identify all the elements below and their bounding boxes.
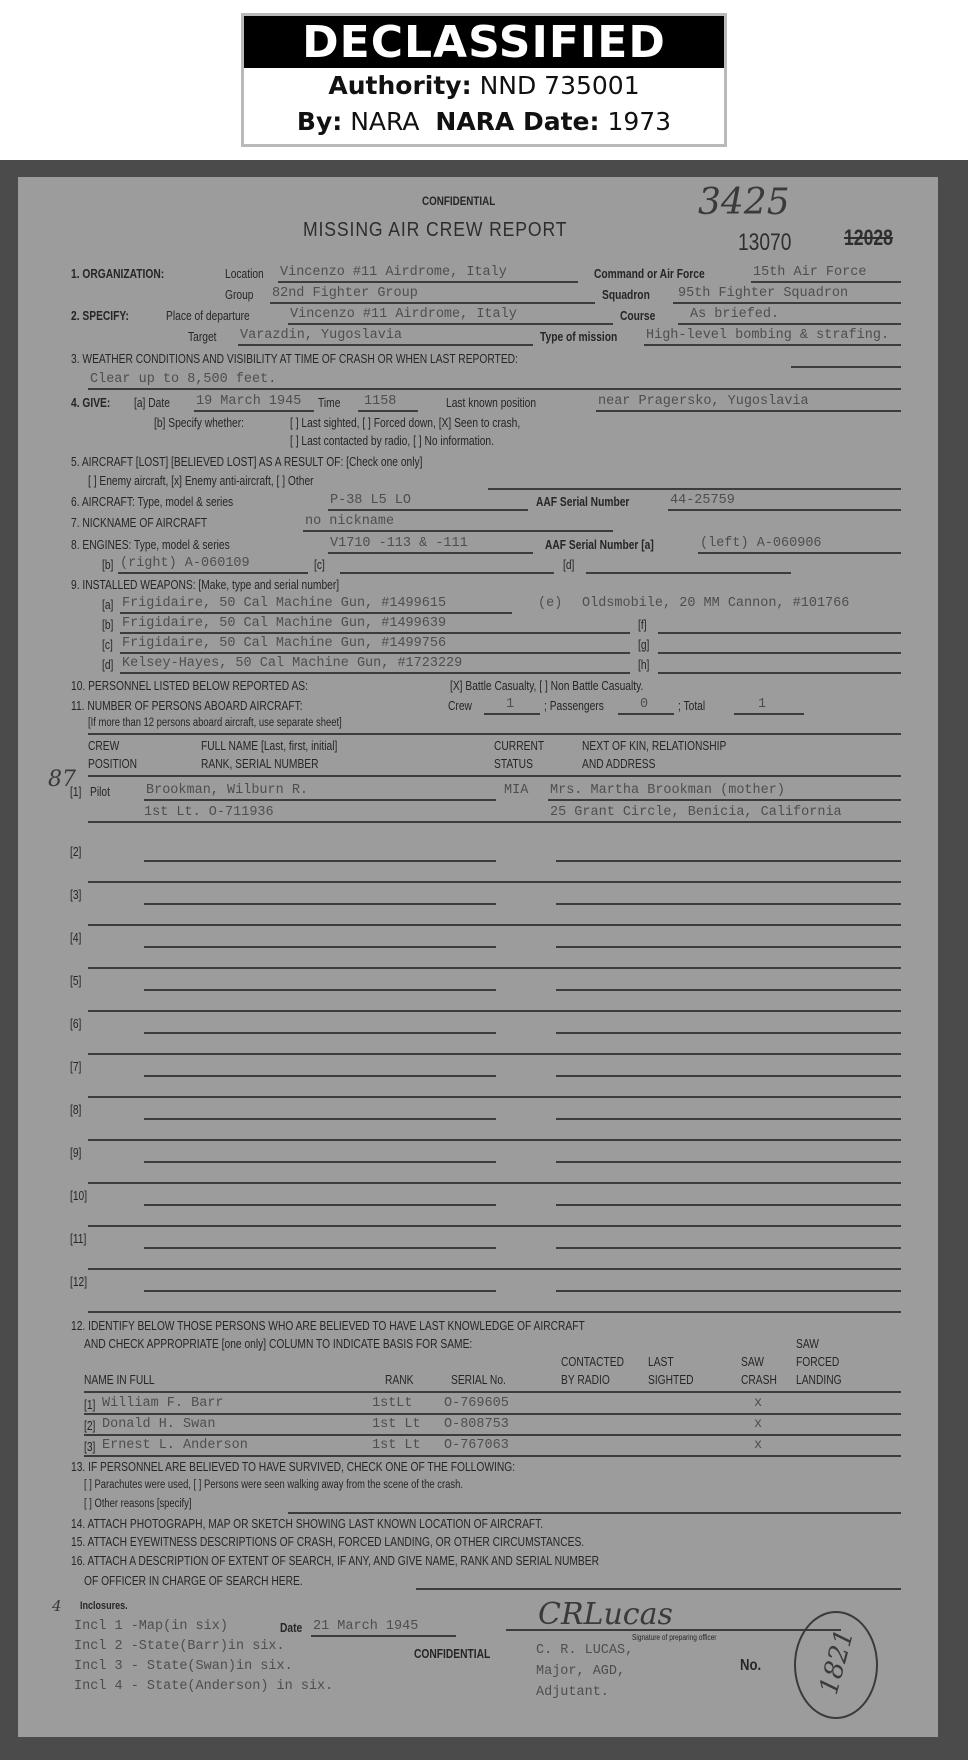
s5-label: 5. AIRCRAFT [LOST] [BELIEVED LOST] AS A … bbox=[71, 455, 422, 469]
crew-row-1-rank-serial: 1st Lt. O-711936 bbox=[144, 805, 274, 820]
signature-caption: Signature of preparing officer bbox=[632, 1633, 716, 1642]
departure-value: Vincenzo #11 Airdrome, Italy bbox=[290, 307, 517, 322]
witness-2-name: Donald H. Swan bbox=[102, 1417, 215, 1432]
s4-label: 4. GIVE: bbox=[71, 396, 110, 410]
hdr-radio-2: BY RADIO bbox=[561, 1373, 610, 1387]
weapon-c-key: [c] bbox=[102, 638, 113, 652]
s13-label: 13. IF PERSONNEL ARE BELIEVED TO HAVE SU… bbox=[71, 1460, 515, 1474]
enclosure-count: 4 bbox=[52, 1597, 62, 1615]
last-position-value: near Pragersko, Yugoslavia bbox=[598, 394, 809, 409]
hdr-landing-0: SAW bbox=[796, 1337, 819, 1351]
witness-3-num: [3] bbox=[84, 1440, 95, 1454]
weapon-e-key: (e) bbox=[538, 596, 562, 611]
officer-name: C. R. LUCAS, bbox=[536, 1643, 633, 1658]
crew-row-1-name: Brookman, Wilburn R. bbox=[146, 783, 308, 798]
crew-row-12-num: [12] bbox=[70, 1275, 87, 1289]
col-address: AND ADDRESS bbox=[582, 757, 655, 771]
s5-options: [ ] Enemy aircraft, [x] Enemy anti-aircr… bbox=[88, 474, 314, 488]
declassified-stamp: DECLASSIFIED Authority: NND 735001 By: N… bbox=[241, 13, 727, 147]
nara-date-label: NARA Date: bbox=[435, 107, 599, 136]
hdr-landing-2: LANDING bbox=[796, 1373, 842, 1387]
departure-label: Place of departure bbox=[166, 309, 250, 323]
enclosure-4: Incl 4 - State(Anderson) in six. bbox=[74, 1679, 333, 1694]
engine-c-label: [c] bbox=[314, 558, 325, 572]
witness-3-serial: O-767063 bbox=[444, 1438, 509, 1453]
hdr-landing-1: FORCED bbox=[796, 1355, 839, 1369]
crew-row-11-num: [11] bbox=[70, 1232, 86, 1246]
col-crew: CREW bbox=[88, 739, 119, 753]
group-label: Group bbox=[225, 288, 253, 302]
crew-row-1-kin: Mrs. Martha Brookman (mother) bbox=[550, 783, 785, 798]
crew-row-1-position: Pilot bbox=[90, 785, 110, 799]
total-label: ; Total bbox=[678, 699, 705, 713]
s14-label: 14. ATTACH PHOTOGRAPH, MAP OR SKETCH SHO… bbox=[71, 1517, 543, 1531]
aircraft-serial-label: AAF Serial Number bbox=[536, 495, 629, 509]
crew-row-4-num: [4] bbox=[70, 931, 81, 945]
col-status: STATUS bbox=[494, 757, 533, 771]
hdr-serial: SERIAL No. bbox=[451, 1373, 506, 1387]
s15-label: 15. ATTACH EYEWITNESS DESCRIPTIONS OF CR… bbox=[71, 1535, 584, 1549]
engine-d-label: [d] bbox=[563, 558, 574, 572]
witness-1-name: William F. Barr bbox=[102, 1396, 224, 1411]
s6-label: 6. AIRCRAFT: Type, model & series bbox=[71, 495, 233, 509]
hdr-rank: RANK bbox=[385, 1373, 413, 1387]
witness-2-mark: x bbox=[754, 1417, 762, 1432]
enclosures-label: Inclosures. bbox=[80, 1600, 128, 1612]
weapon-c: Frigidaire, 50 Cal Machine Gun, #1499756 bbox=[122, 636, 446, 651]
engine-serial-label: AAF Serial Number [a] bbox=[545, 538, 654, 552]
enclosure-3: Incl 3 - State(Swan)in six. bbox=[74, 1659, 293, 1674]
scanned-document: CONFIDENTIAL MISSING AIR CREW REPORT 342… bbox=[0, 160, 968, 1760]
s3-label: 3. WEATHER CONDITIONS AND VISIBILITY AT … bbox=[71, 352, 518, 366]
authority-label: Authority: bbox=[328, 71, 471, 100]
classification-bottom: CONFIDENTIAL bbox=[414, 1647, 490, 1661]
s11-note: [If more than 12 persons aboard aircraft… bbox=[88, 717, 342, 729]
position-label: Last known position bbox=[446, 396, 536, 410]
mission-type-value: High-level bombing & strafing. bbox=[646, 328, 889, 343]
s13-option-1: [ ] Parachutes were used, [ ] Persons we… bbox=[84, 1479, 463, 1491]
location-value: Vincenzo #11 Airdrome, Italy bbox=[280, 265, 507, 280]
s9-label: 9. INSTALLED WEAPONS: [Make, type and se… bbox=[71, 578, 339, 592]
aircraft-type-value: P-38 L5 LO bbox=[330, 493, 411, 508]
squadron-label: Squadron bbox=[602, 288, 650, 302]
form-title: MISSING AIR CREW REPORT bbox=[303, 219, 567, 242]
weapon-a: Frigidaire, 50 Cal Machine Gun, #1499615 bbox=[122, 596, 446, 611]
by-label: By: bbox=[297, 107, 342, 136]
weapon-e: Oldsmobile, 20 MM Cannon, #101766 bbox=[582, 596, 849, 611]
crew-count: 1 bbox=[506, 697, 514, 712]
s7-label: 7. NICKNAME OF AIRCRAFT bbox=[71, 516, 207, 530]
total-count: 1 bbox=[758, 697, 766, 712]
officer-signature: CRLucas bbox=[538, 1597, 673, 1632]
weapon-d: Kelsey-Hayes, 50 Cal Machine Gun, #17232… bbox=[122, 656, 462, 671]
mission-type-label: Type of mission bbox=[540, 330, 617, 344]
nickname-value: no nickname bbox=[305, 514, 394, 529]
s16-label-1: 16. ATTACH A DESCRIPTION OF EXTENT OF SE… bbox=[71, 1554, 599, 1568]
passenger-count: 0 bbox=[640, 697, 648, 712]
crew-row-1-num: [1] bbox=[70, 785, 81, 799]
number-label: No. bbox=[740, 1657, 761, 1675]
officer-rank: Major, AGD, bbox=[536, 1664, 625, 1679]
weather-value: Clear up to 8,500 feet. bbox=[90, 372, 276, 387]
passengers-label: ; Passengers bbox=[544, 699, 604, 713]
classification-top: CONFIDENTIAL bbox=[422, 194, 495, 208]
specify-options-2: [ ] Last contacted by radio, [ ] No info… bbox=[290, 434, 494, 448]
report-date-value: 21 March 1945 bbox=[313, 1619, 418, 1634]
crew-row-1-address: 25 Grant Circle, Benicia, California bbox=[550, 805, 842, 820]
struck-number: 12028 bbox=[844, 225, 893, 251]
time-label: Time bbox=[318, 396, 340, 410]
witness-2-serial: O-808753 bbox=[444, 1417, 509, 1432]
weapon-g-key: [g] bbox=[638, 638, 649, 652]
s10-options: [X] Battle Casualty, [ ] Non Battle Casu… bbox=[450, 679, 643, 693]
by-value: NARA bbox=[350, 107, 419, 136]
s1-label: 1. ORGANIZATION: bbox=[71, 267, 164, 281]
crew-row-6-num: [6] bbox=[70, 1017, 81, 1031]
missing-air-crew-report-form: CONFIDENTIAL MISSING AIR CREW REPORT 342… bbox=[18, 177, 938, 1737]
crew-row-9-num: [9] bbox=[70, 1146, 81, 1160]
weapon-a-key: [a] bbox=[102, 598, 113, 612]
col-next-of-kin: NEXT OF KIN, RELATIONSHIP bbox=[582, 739, 726, 753]
squadron-value: 95th Fighter Squadron bbox=[678, 286, 848, 301]
witness-3-rank: 1st Lt bbox=[372, 1438, 421, 1453]
hdr-name: NAME IN FULL bbox=[84, 1373, 155, 1387]
weapon-d-key: [d] bbox=[102, 658, 113, 672]
s12-label-2: AND CHECK APPROPRIATE [one only] COLUMN … bbox=[84, 1337, 472, 1351]
date-label: [a] Date bbox=[134, 396, 170, 410]
crew-count-label: Crew bbox=[448, 699, 472, 713]
course-value: As briefed. bbox=[690, 307, 779, 322]
declassified-banner: DECLASSIFIED bbox=[244, 16, 724, 68]
weapon-b: Frigidaire, 50 Cal Machine Gun, #1499639 bbox=[122, 616, 446, 631]
col-full-name: FULL NAME [Last, first, initial] bbox=[201, 739, 337, 753]
macr-number: 13070 bbox=[738, 229, 791, 257]
col-rank-serial: RANK, SERIAL NUMBER bbox=[201, 757, 319, 771]
officer-title: Adjutant. bbox=[536, 1685, 609, 1700]
witness-2-num: [2] bbox=[84, 1419, 95, 1433]
target-label: Target bbox=[188, 330, 216, 344]
nara-date-value: 1973 bbox=[607, 107, 671, 136]
s11-label: 11. NUMBER OF PERSONS ABOARD AIRCRAFT: bbox=[71, 699, 303, 713]
crew-row-5-num: [5] bbox=[70, 974, 81, 988]
witness-3-mark: x bbox=[754, 1438, 762, 1453]
authority-value: NND 735001 bbox=[480, 71, 640, 100]
specify-label: [b] Specify whether: bbox=[154, 416, 244, 430]
crew-row-3-num: [3] bbox=[70, 888, 81, 902]
enclosure-2: Incl 2 -State(Barr)in six. bbox=[74, 1639, 285, 1654]
hdr-sighted-2: SIGHTED bbox=[648, 1373, 694, 1387]
witness-1-num: [1] bbox=[84, 1398, 95, 1412]
s8-label: 8. ENGINES: Type, model & series bbox=[71, 538, 230, 552]
witness-1-mark: x bbox=[754, 1396, 762, 1411]
target-value: Varazdin, Yugoslavia bbox=[240, 328, 402, 343]
engine-serial-a: (left) A-060906 bbox=[700, 536, 822, 551]
col-position: POSITION bbox=[88, 757, 137, 771]
crew-row-2-num: [2] bbox=[70, 845, 81, 859]
weapon-h-key: [h] bbox=[638, 658, 649, 672]
engine-serial-b: (right) A-060109 bbox=[120, 556, 250, 571]
s12-label-1: 12. IDENTIFY BELOW THOSE PERSONS WHO ARE… bbox=[71, 1319, 585, 1333]
command-value: 15th Air Force bbox=[753, 265, 866, 280]
report-date-label: Date bbox=[280, 1621, 302, 1635]
by-line: By: NARA NARA Date: 1973 bbox=[244, 104, 724, 140]
aircraft-serial-value: 44-25759 bbox=[670, 493, 735, 508]
hdr-crash-1: SAW bbox=[741, 1355, 764, 1369]
hdr-radio-1: CONTACTED bbox=[561, 1355, 624, 1369]
weapon-f-key: [f] bbox=[638, 618, 647, 632]
enclosure-1: Incl 1 -Map(in six) bbox=[74, 1619, 228, 1634]
crash-time-value: 1158 bbox=[364, 394, 396, 409]
witness-1-serial: O-769605 bbox=[444, 1396, 509, 1411]
crew-row-7-num: [7] bbox=[70, 1060, 81, 1074]
course-label: Course bbox=[620, 309, 655, 323]
engine-b-label: [b] bbox=[102, 558, 113, 572]
crash-date-value: 19 March 1945 bbox=[196, 394, 301, 409]
col-current: CURRENT bbox=[494, 739, 544, 753]
witness-1-rank: 1stLt bbox=[372, 1396, 413, 1411]
crew-row-10-num: [10] bbox=[70, 1189, 87, 1203]
command-label: Command or Air Force bbox=[594, 267, 705, 281]
hdr-crash-2: CRASH bbox=[741, 1373, 777, 1387]
witness-3-name: Ernest L. Anderson bbox=[102, 1438, 248, 1453]
s16-label-2: OF OFFICER IN CHARGE OF SEARCH HERE. bbox=[84, 1574, 303, 1588]
engine-type-value: V1710 -113 & -111 bbox=[330, 536, 468, 551]
s13-option-2: [ ] Other reasons [specify] bbox=[84, 1498, 191, 1510]
location-label: Location bbox=[225, 267, 264, 281]
crew-row-1-status: MIA bbox=[504, 783, 528, 798]
s2-label: 2. SPECIFY: bbox=[71, 309, 129, 323]
weapon-b-key: [b] bbox=[102, 618, 113, 632]
witness-2-rank: 1st Lt bbox=[372, 1417, 421, 1432]
group-value: 82nd Fighter Group bbox=[272, 286, 418, 301]
authority-line: Authority: NND 735001 bbox=[244, 68, 724, 104]
hdr-sighted-1: LAST bbox=[648, 1355, 674, 1369]
s10-label: 10. PERSONNEL LISTED BELOW REPORTED AS: bbox=[71, 679, 308, 693]
handwritten-number: 3425 bbox=[698, 182, 790, 223]
crew-row-8-num: [8] bbox=[70, 1103, 81, 1117]
specify-options-1: [ ] Last sighted, [ ] Forced down, [X] S… bbox=[290, 416, 520, 430]
